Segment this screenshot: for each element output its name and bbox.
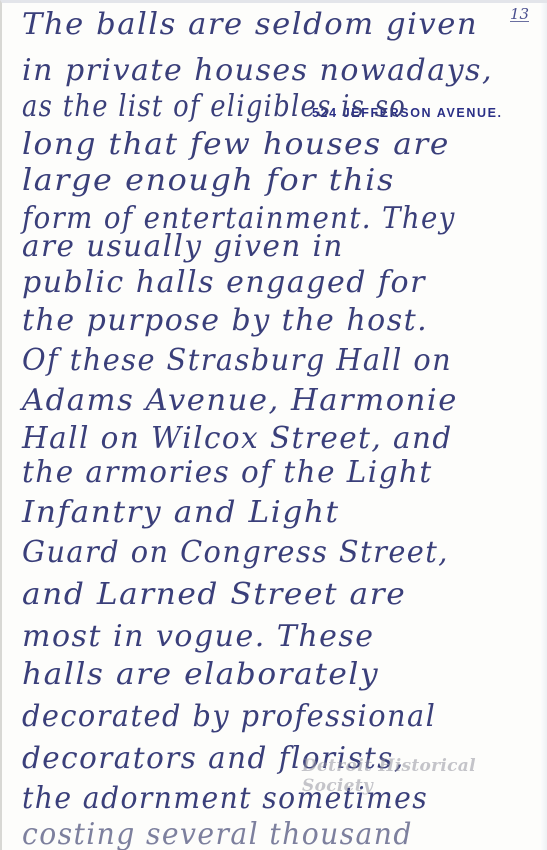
- handwritten-line: Adams Avenue, Harmonie: [22, 383, 458, 419]
- handwritten-line: Hall on Wilcox Street, and: [22, 421, 453, 457]
- page-number: 13: [510, 7, 529, 22]
- handwritten-line: The balls are seldom given: [22, 7, 478, 43]
- handwritten-line: the purpose by the host.: [22, 303, 428, 339]
- handwritten-line: in private houses nowadays,: [22, 53, 493, 89]
- handwritten-line: as the list of eligibles is so: [22, 89, 406, 125]
- handwritten-line: decorated by professional: [22, 699, 436, 735]
- handwritten-line: public halls engaged for: [22, 265, 426, 301]
- handwritten-line: Of these Strasburg Hall on: [22, 343, 452, 379]
- handwritten-line: large enough for this: [22, 163, 395, 199]
- handwritten-line: Infantry and Light: [22, 495, 340, 531]
- handwritten-line: the armories of the Light: [22, 455, 433, 491]
- handwritten-line: Guard on Congress Street,: [22, 535, 449, 571]
- handwritten-line: long that few houses are: [22, 127, 450, 163]
- handwritten-line: and Larned Street are: [22, 577, 406, 613]
- handwritten-line: costing several thousand: [22, 817, 413, 850]
- handwritten-line: halls are elaborately: [22, 657, 379, 693]
- letter-page: 13 524 JEFFERSON AVENUE. The balls are s…: [0, 0, 547, 850]
- handwritten-line: most in vogue. These: [22, 619, 375, 655]
- watermark-text: Detroit Historical Society: [302, 756, 547, 796]
- page-edge: [541, 3, 547, 850]
- handwritten-line: are usually given in: [22, 229, 344, 265]
